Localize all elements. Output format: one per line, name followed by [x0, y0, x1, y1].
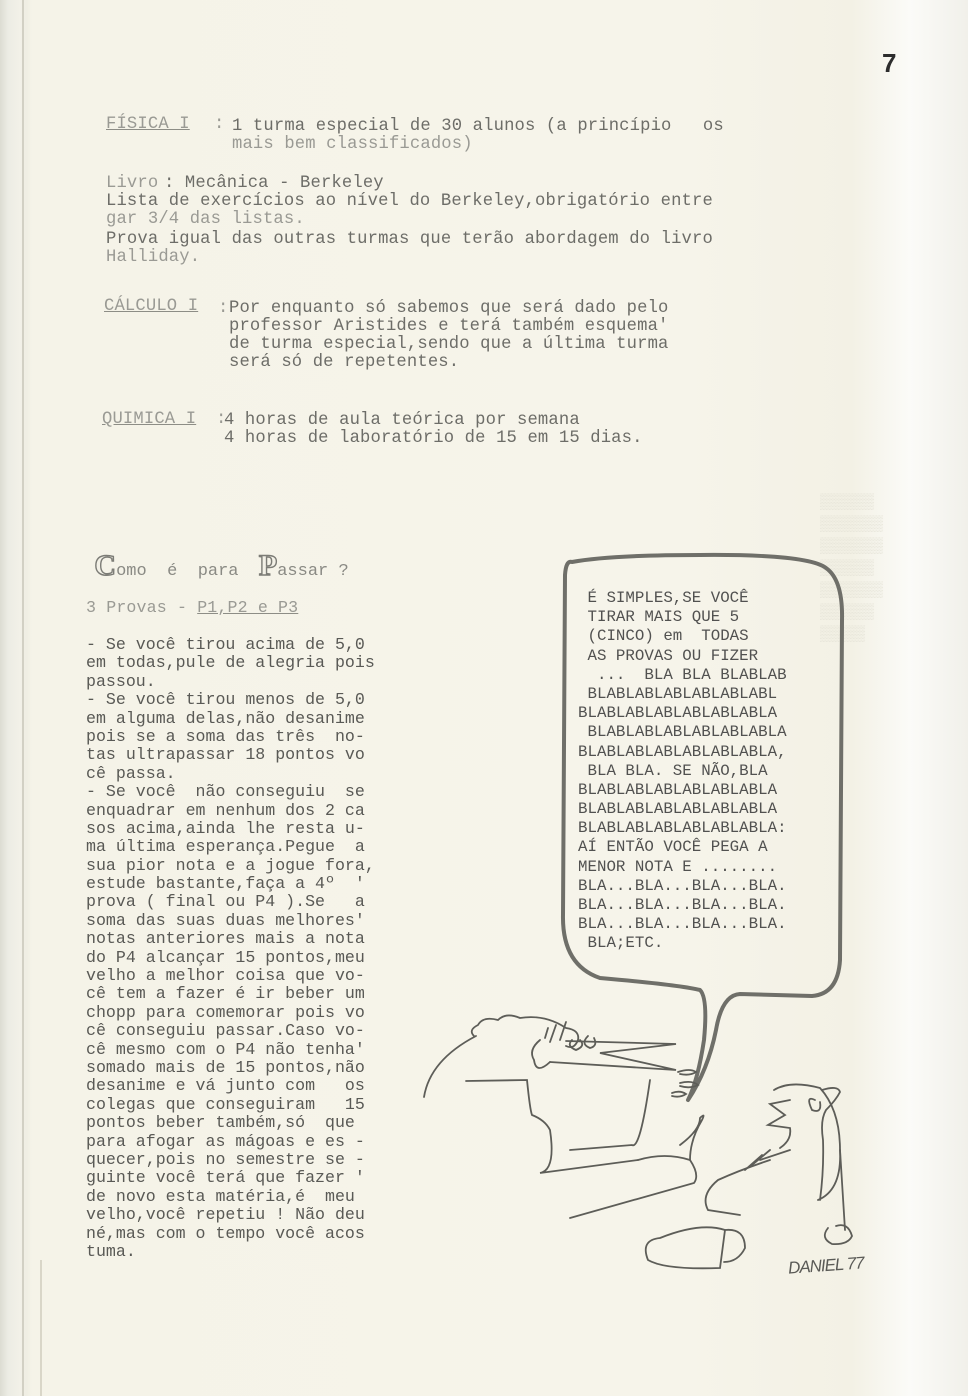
speech-line: BLA BLA. SE NÃO,BLA	[578, 762, 838, 781]
speech-line: BLA...BLA...BLA...BLA.	[578, 915, 838, 934]
speech-line: BLABLABLABLABLABLABLA	[578, 800, 838, 819]
speech-line: BLA;ETC.	[578, 934, 838, 953]
speech-line: TIRAR MAIS QUE 5	[578, 608, 838, 627]
speech-line: BLA...BLA...BLA...BLA.	[578, 877, 838, 896]
speech-balloon-text: É SIMPLES,SE VOCÊ TIRAR MAIS QUE 5 (CINC…	[578, 589, 838, 954]
speech-line: BLABLABLABLABLABLABLA	[578, 781, 838, 800]
speech-line: AÍ ENTÃO VOCÊ PEGA A	[578, 838, 838, 857]
man-figure	[424, 1015, 704, 1218]
speech-line: MENOR NOTA E ........	[578, 858, 838, 877]
speech-line: BLABLABLABLABLABLABLA	[578, 723, 838, 742]
speech-line: ... BLA BLA BLABLAB	[578, 666, 838, 685]
speech-line: (CINCO) em TODAS	[578, 627, 838, 646]
student-figure	[646, 1084, 852, 1268]
speech-line: BLA...BLA...BLA...BLA.	[578, 896, 838, 915]
speech-line: BLABLABLABLABLABLABL	[578, 685, 838, 704]
speech-line: BLABLABLABLABLABLABLA,	[578, 743, 838, 762]
speech-line: AS PROVAS OU FIZER	[578, 647, 838, 666]
speech-line: É SIMPLES,SE VOCÊ	[578, 589, 838, 608]
speech-line: BLABLABLABLABLABLABLA	[578, 704, 838, 723]
speech-line: BLABLABLABLABLABLABLA:	[578, 819, 838, 838]
